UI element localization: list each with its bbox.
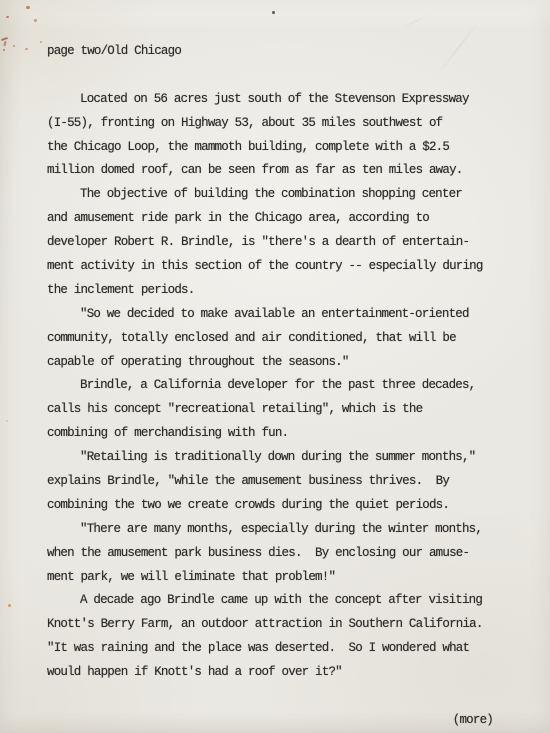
paper-stain-mark bbox=[6, 16, 9, 18]
typewritten-line: ment park, we will eliminate that proble… bbox=[47, 566, 530, 590]
paper-stain-mark bbox=[3, 41, 6, 46]
typewritten-line: "There are many months, especially durin… bbox=[47, 518, 530, 542]
typewritten-line: the inclement periods. bbox=[47, 279, 530, 303]
paper-stain-mark bbox=[25, 48, 28, 50]
scanned-page: page two/Old Chicago Located on 56 acres… bbox=[0, 0, 550, 733]
paper-stain-mark bbox=[40, 41, 42, 43]
page-header: page two/Old Chicago bbox=[47, 40, 530, 64]
blank-line bbox=[47, 64, 530, 88]
typewritten-line: capable of operating throughout the seas… bbox=[47, 351, 530, 375]
typewritten-line: (I-55), fronting on Highway 53, about 35… bbox=[47, 112, 530, 136]
typewritten-line: Located on 56 acres just south of the St… bbox=[47, 88, 530, 112]
typewritten-line: and amusement ride park in the Chicago a… bbox=[47, 207, 530, 231]
paper-stain-mark bbox=[34, 19, 37, 22]
paper-stain-mark bbox=[3, 49, 5, 51]
document-body: Located on 56 acres just south of the St… bbox=[47, 88, 530, 685]
paper-crease bbox=[400, 13, 431, 29]
typewritten-line: "Retailing is traditionally down during … bbox=[47, 446, 530, 470]
typewritten-line: "It was raining and the place was desert… bbox=[47, 637, 530, 661]
typewritten-line: calls his concept "recreational retailin… bbox=[47, 398, 530, 422]
typewritten-line: million domed roof, can be seen from as … bbox=[47, 159, 530, 183]
typewritten-line: community, totally enclosed and air cond… bbox=[47, 327, 530, 351]
typewritten-line: The objective of building the combinatio… bbox=[47, 183, 530, 207]
paper-speck-mark bbox=[6, 420, 8, 422]
paper-stain-mark bbox=[13, 45, 15, 47]
paper-speck-mark bbox=[272, 11, 275, 14]
typewritten-line: combining the two we create crowds durin… bbox=[47, 494, 530, 518]
typewritten-line: when the amusement park business dies. B… bbox=[47, 542, 530, 566]
typewritten-line: the Chicago Loop, the mammoth building, … bbox=[47, 136, 530, 160]
blank-line bbox=[47, 685, 530, 709]
typewritten-line: "So we decided to make available an ente… bbox=[47, 303, 530, 327]
paper-stain-mark bbox=[26, 6, 30, 9]
typewritten-line: Brindle, a California developer for the … bbox=[47, 374, 530, 398]
typewritten-line: Knott's Berry Farm, an outdoor attractio… bbox=[47, 613, 530, 637]
typewritten-line: ment activity in this section of the cou… bbox=[47, 255, 530, 279]
paper-speck-mark bbox=[8, 604, 11, 607]
typewritten-line: explains Brindle, "while the amusement b… bbox=[47, 470, 530, 494]
typewritten-line: developer Robert R. Brindle, is "there's… bbox=[47, 231, 530, 255]
more-indicator: (more) bbox=[47, 709, 530, 733]
typewritten-line: would happen if Knott's had a roof over … bbox=[47, 661, 530, 685]
typewritten-line: A decade ago Brindle came up with the co… bbox=[47, 589, 530, 613]
typewritten-line: combining of merchandising with fun. bbox=[47, 422, 530, 446]
typewritten-document: page two/Old Chicago Located on 56 acres… bbox=[47, 40, 530, 733]
